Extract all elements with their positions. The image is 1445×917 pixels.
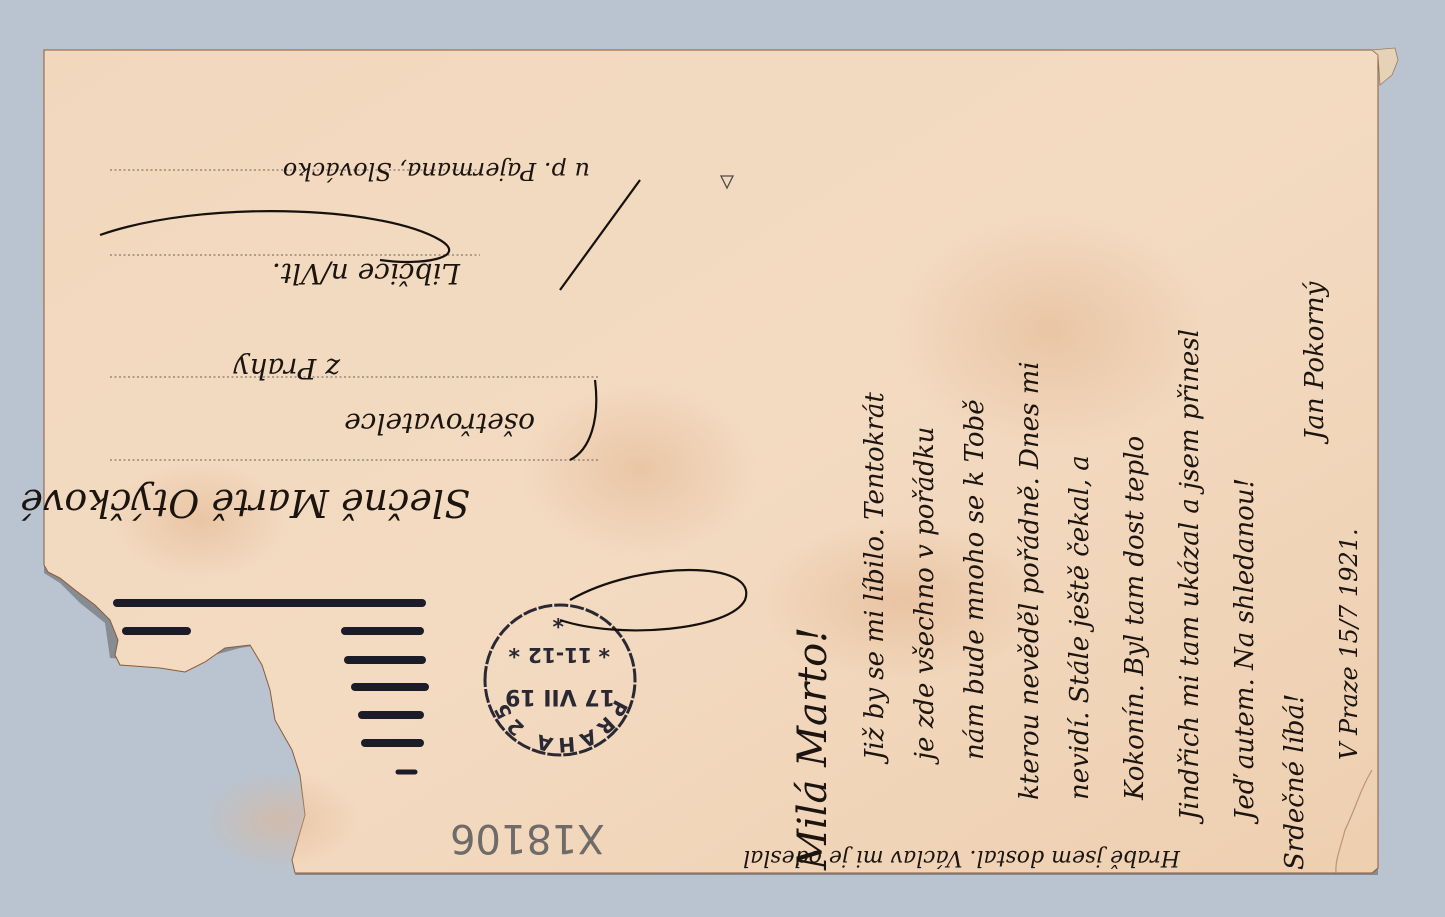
message-signoff: Jan Pokorný bbox=[1300, 282, 1330, 440]
postmark-time: 11-12 bbox=[528, 643, 592, 667]
pencil-inventory-note: X18106 bbox=[450, 815, 605, 861]
message-line: Jeď autem. Na shledanou! bbox=[1230, 478, 1260, 820]
address-line-2: ošetřovatelce bbox=[344, 407, 535, 440]
message-line: nám bude mnoho se k Tobě bbox=[960, 399, 990, 760]
address-line-3: z Prahy bbox=[234, 352, 340, 385]
message-line: Srdečné líbá! bbox=[1280, 694, 1310, 870]
postmark-date: 17 VII 19 bbox=[505, 684, 615, 709]
message-line: nevidí. Stále ještě čekal, a bbox=[1065, 455, 1095, 800]
address-line-5: u p. Pajermana, Slovácko bbox=[283, 157, 590, 185]
postcard-photo: 17 VII 19 11-12 PRAHA 25 * * * Slečně Ma… bbox=[0, 0, 1445, 917]
message-date: V Praze 15/7 1921. bbox=[1335, 528, 1363, 760]
message-footer-note: Hrabě jsem dostal. Václav mi je odeslal bbox=[743, 845, 1180, 870]
message-line: Již by se mi líbilo. Tentokrát bbox=[860, 392, 890, 760]
svg-text:*: * bbox=[552, 606, 564, 631]
message-line: je zde všechno v pořádku bbox=[910, 427, 940, 760]
message-greeting: Milá Marto! bbox=[790, 627, 836, 870]
message-line: Kokonín. Byl tam dost teplo bbox=[1120, 436, 1150, 800]
address-line-1: Slečně Martě Otýčkové bbox=[20, 481, 470, 525]
svg-text:*: * bbox=[508, 636, 520, 661]
message-line: kterou nevěděl pořádně. Dnes mi bbox=[1015, 361, 1045, 800]
svg-text:*: * bbox=[598, 636, 610, 661]
address-line-4: Libčice n/Vlt. bbox=[272, 257, 460, 290]
message-line: Jindřich mi tam ukázal a jsem přinesl bbox=[1175, 329, 1205, 820]
postcard-card: 17 VII 19 11-12 PRAHA 25 * * * bbox=[0, 0, 1445, 917]
